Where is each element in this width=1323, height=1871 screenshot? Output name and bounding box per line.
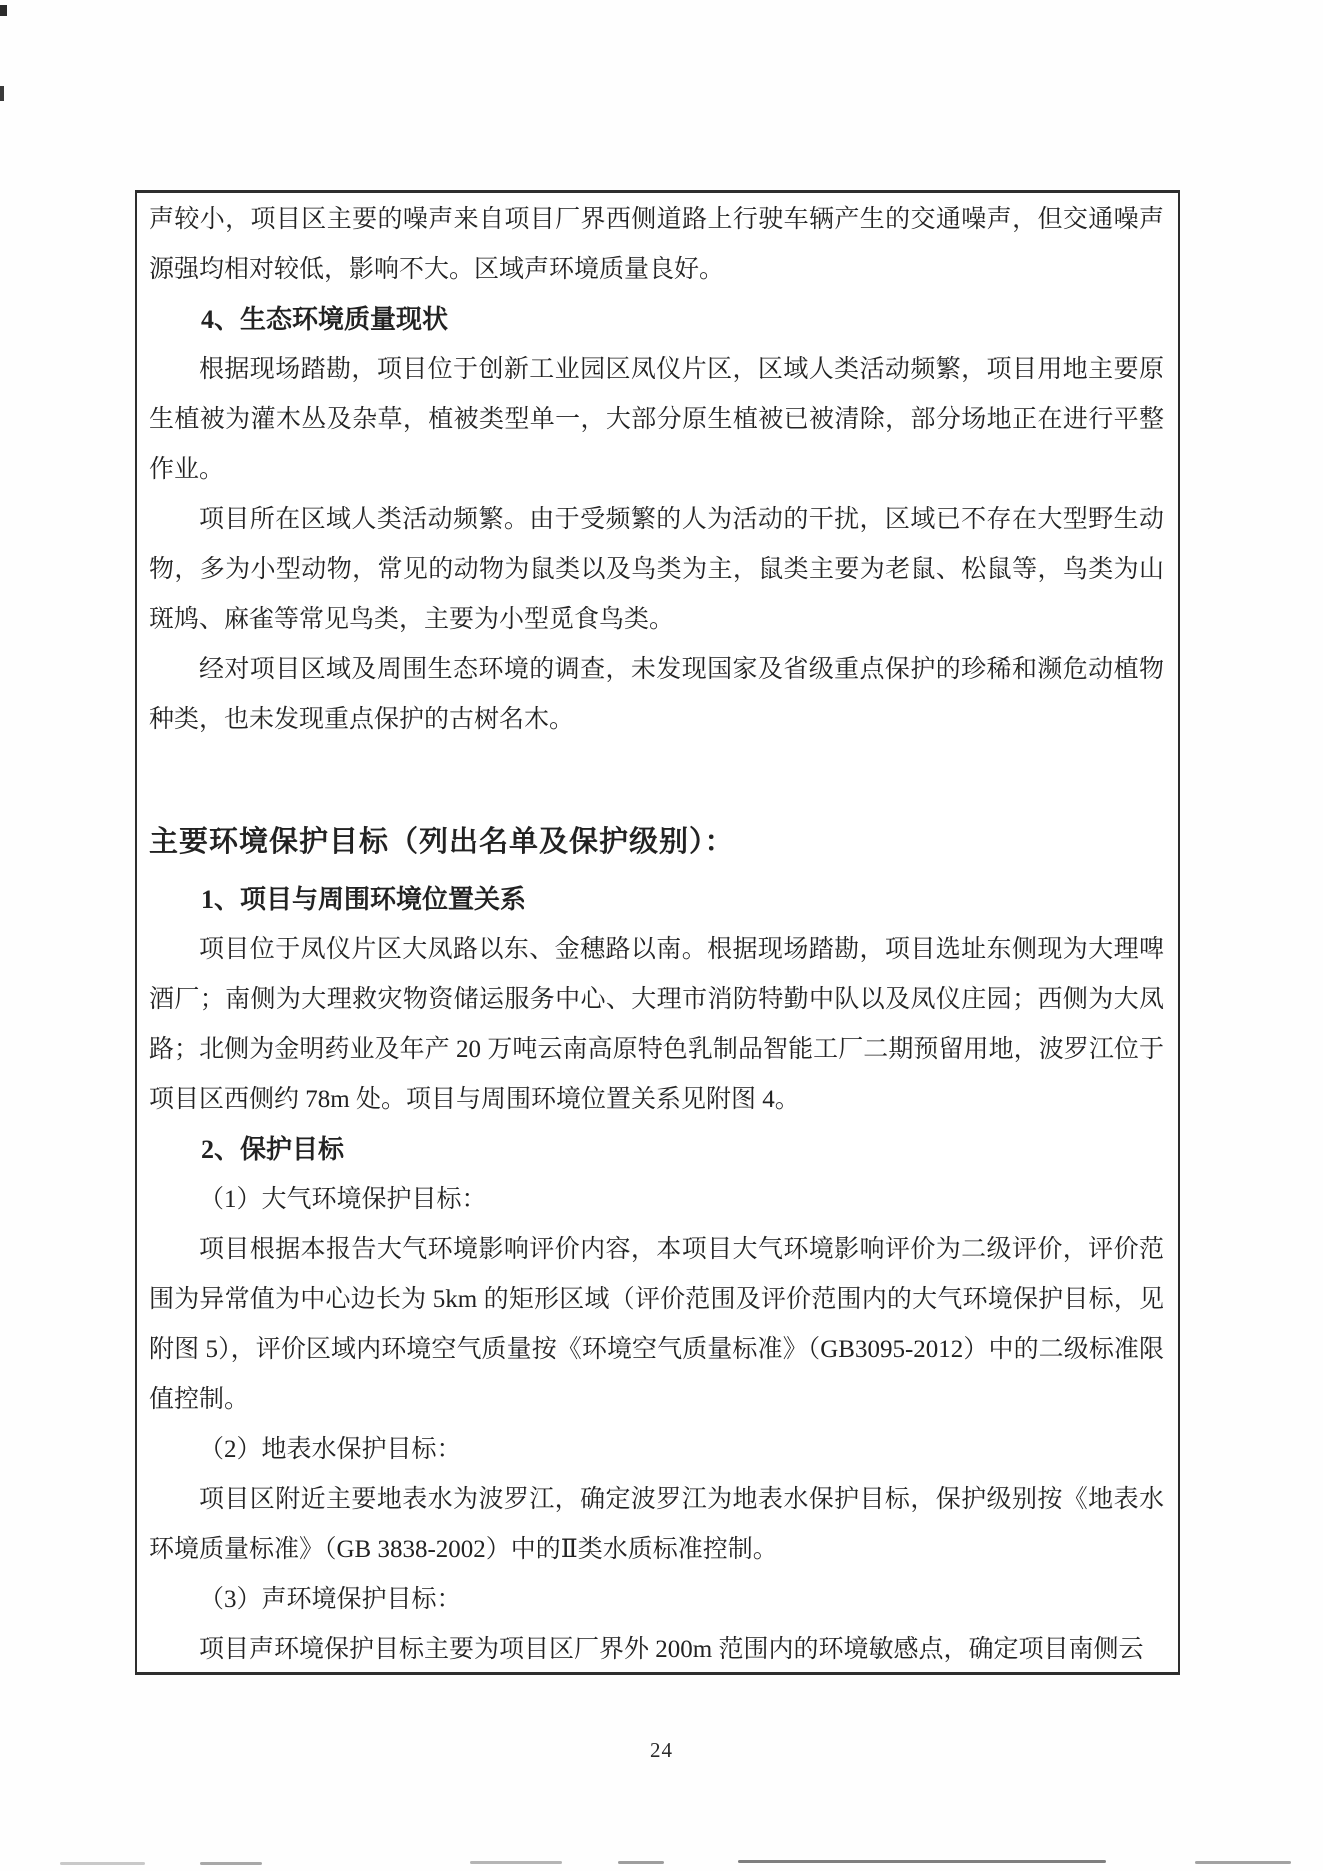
- scan-artifact-edge-mark: [0, 86, 4, 101]
- paragraph-rare-species: 经对项目区域及周围生态环境的调查，未发现国家及省级重点保护的珍稀和濒危动植物种类…: [149, 645, 1164, 745]
- paragraph-air-target-detail: 项目根据本报告大气环境影响评价内容，本项目大气环境影响评价为二级评价，评价范围为…: [149, 1225, 1164, 1425]
- heading-location-relation: 1、项目与周围环境位置关系: [149, 875, 1164, 925]
- scan-artifact-bottom-line: [60, 1862, 145, 1865]
- scan-artifact-bottom-line: [738, 1860, 1106, 1863]
- label-air-target: （1）大气环境保护目标：: [149, 1175, 1164, 1225]
- paragraph-surface-water-detail: 项目区附近主要地表水为波罗江，确定波罗江为地表水保护目标，保护级别按《地表水环境…: [149, 1475, 1164, 1575]
- paragraph-noise-target-detail: 项目声环境保护目标主要为项目区厂界外 200m 范围内的环境敏感点，确定项目南侧…: [149, 1625, 1164, 1675]
- document-body: 声较小，项目区主要的噪声来自项目厂界西侧道路上行驶车辆产生的交通噪声，但交通噪声…: [137, 193, 1178, 1675]
- scan-artifact-bottom-line: [1195, 1861, 1291, 1864]
- page-number: 24: [0, 1738, 1323, 1763]
- label-noise-target: （3）声环境保护目标：: [149, 1575, 1164, 1625]
- scan-artifact-bottom-line: [618, 1861, 664, 1864]
- heading-ecology-status: 4、生态环境质量现状: [149, 295, 1164, 345]
- scan-artifact-bottom-line: [470, 1861, 562, 1864]
- paragraph-location-detail: 项目位于凤仪片区大凤路以东、金穗路以南。根据现场踏勘，项目选址东侧现为大理啤酒厂…: [149, 925, 1164, 1125]
- label-surface-water-target: （2）地表水保护目标：: [149, 1425, 1164, 1475]
- paragraph-noise-continuation: 声较小，项目区主要的噪声来自项目厂界西侧道路上行驶车辆产生的交通噪声，但交通噪声…: [149, 195, 1164, 295]
- scan-artifact-edge-mark: [0, 5, 7, 16]
- scanned-document-page: { "page": { "number": "24" }, "document"…: [0, 0, 1323, 1871]
- paragraph-wildlife: 项目所在区域人类活动频繁。由于受频繁的人为活动的干扰，区域已不存在大型野生动物，…: [149, 495, 1164, 645]
- scan-artifact-bottom-line: [200, 1862, 262, 1865]
- heading-protection-goals: 2、保护目标: [149, 1125, 1164, 1175]
- section-heading-protection-targets: 主要环境保护目标（列出名单及保护级别）：: [149, 817, 1164, 867]
- document-content-frame: 声较小，项目区主要的噪声来自项目厂界西侧道路上行驶车辆产生的交通噪声，但交通噪声…: [135, 190, 1180, 1675]
- paragraph-site-survey: 根据现场踏勘，项目位于创新工业园区凤仪片区，区域人类活动频繁，项目用地主要原生植…: [149, 345, 1164, 495]
